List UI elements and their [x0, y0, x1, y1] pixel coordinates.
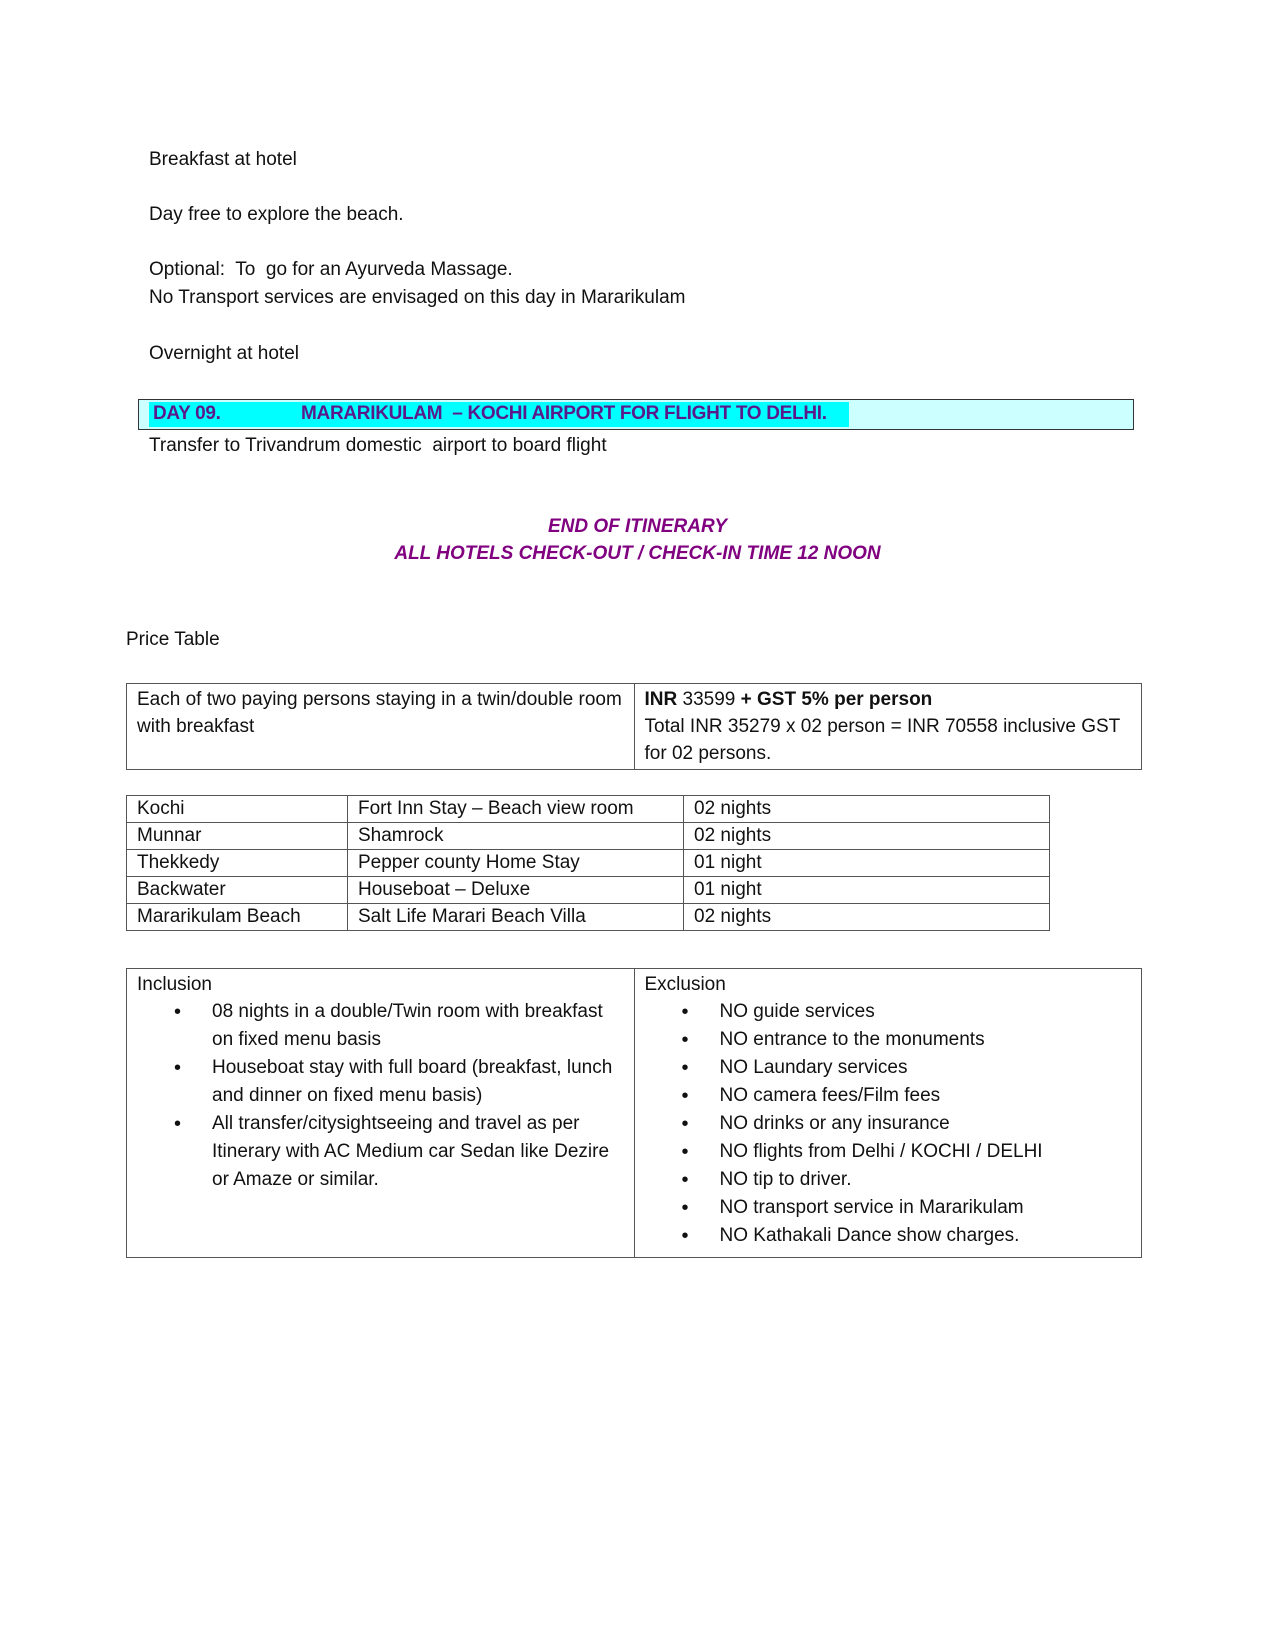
exclusion-item: NO transport service in Mararikulam: [720, 1194, 1132, 1222]
inclusion-title: Inclusion: [137, 971, 624, 998]
hotel-name: Fort Inn Stay – Beach view room: [348, 796, 684, 823]
hotel-city: Munnar: [127, 823, 348, 850]
price-amount-cell: INR 33599 + GST 5% per person Total INR …: [634, 684, 1142, 770]
hotel-name: Pepper county Home Stay: [348, 850, 684, 877]
hotel-name: Salt Life Marari Beach Villa: [348, 904, 684, 931]
hotel-name: Shamrock: [348, 823, 684, 850]
hotel-nights: 02 nights: [684, 796, 1050, 823]
hotel-nights: 02 nights: [684, 904, 1050, 931]
exclusion-list: NO guide servicesNO entrance to the monu…: [645, 998, 1132, 1250]
hotel-nights: 02 nights: [684, 823, 1050, 850]
exclusion-item: NO camera fees/Film fees: [720, 1082, 1132, 1110]
breakfast-line: Breakfast at hotel: [149, 148, 297, 172]
optional-line: Optional: To go for an Ayurveda Massage.: [149, 258, 513, 282]
day-label: DAY 09.: [153, 403, 221, 425]
price-table-heading: Price Table: [126, 628, 220, 652]
price-table: Each of two paying persons staying in a …: [126, 683, 1142, 770]
inclusion-list: 08 nights in a double/Twin room with bre…: [137, 998, 624, 1194]
exclusion-item: NO tip to driver.: [720, 1166, 1132, 1194]
hotel-row: MunnarShamrock02 nights: [127, 823, 1050, 850]
hotel-city: Mararikulam Beach: [127, 904, 348, 931]
overnight-line: Overnight at hotel: [149, 342, 299, 366]
inclusion-exclusion-table: Inclusion 08 nights in a double/Twin roo…: [126, 968, 1142, 1258]
hotel-row: BackwaterHouseboat – Deluxe01 night: [127, 877, 1050, 904]
price-amount: 33599: [677, 689, 740, 710]
price-description-cell: Each of two paying persons staying in a …: [127, 684, 635, 770]
inclusion-item: All transfer/citysightseeing and travel …: [212, 1110, 614, 1194]
exclusion-item: NO guide services: [720, 998, 1132, 1026]
exclusion-item: NO drinks or any insurance: [720, 1110, 1132, 1138]
day-09-description: Transfer to Trivandrum domestic airport …: [149, 434, 607, 458]
hotel-row: Mararikulam BeachSalt Life Marari Beach …: [127, 904, 1050, 931]
hotel-city: Backwater: [127, 877, 348, 904]
inclusion-item: Houseboat stay with full board (breakfas…: [212, 1054, 614, 1110]
hotel-city: Thekkedy: [127, 850, 348, 877]
inclusion-item: 08 nights in a double/Twin room with bre…: [212, 998, 614, 1054]
end-of-itinerary: END OF ITINERARY: [0, 516, 1275, 538]
no-transport-line: No Transport services are envisaged on t…: [149, 286, 685, 310]
free-day-line: Day free to explore the beach.: [149, 203, 404, 227]
day-09-heading: DAY 09. MARARIKULAM – KOCHI AIRPORT FOR …: [138, 399, 1134, 430]
hotel-city: Kochi: [127, 796, 348, 823]
gst-label: + GST 5% per person: [741, 689, 933, 710]
hotel-table: KochiFort Inn Stay – Beach view room02 n…: [126, 795, 1050, 931]
exclusion-cell: Exclusion NO guide servicesNO entrance t…: [634, 969, 1142, 1258]
price-total: Total INR 35279 x 02 person = INR 70558 …: [645, 716, 1120, 764]
hotel-row: KochiFort Inn Stay – Beach view room02 n…: [127, 796, 1050, 823]
hotel-nights: 01 night: [684, 877, 1050, 904]
hotel-name: Houseboat – Deluxe: [348, 877, 684, 904]
inr-label: INR: [645, 689, 678, 710]
exclusion-item: NO Kathakali Dance show charges.: [720, 1222, 1132, 1250]
hotel-row: ThekkedyPepper county Home Stay01 night: [127, 850, 1050, 877]
exclusion-item: NO entrance to the monuments: [720, 1026, 1132, 1054]
exclusion-item: NO flights from Delhi / KOCHI / DELHI: [720, 1138, 1132, 1166]
checkin-note: ALL HOTELS CHECK-OUT / CHECK-IN TIME 12 …: [0, 543, 1275, 565]
inclusion-cell: Inclusion 08 nights in a double/Twin roo…: [127, 969, 635, 1258]
exclusion-item: NO Laundary services: [720, 1054, 1132, 1082]
hotel-nights: 01 night: [684, 850, 1050, 877]
day-title: MARARIKULAM – KOCHI AIRPORT FOR FLIGHT T…: [301, 403, 827, 425]
exclusion-title: Exclusion: [645, 971, 1132, 998]
